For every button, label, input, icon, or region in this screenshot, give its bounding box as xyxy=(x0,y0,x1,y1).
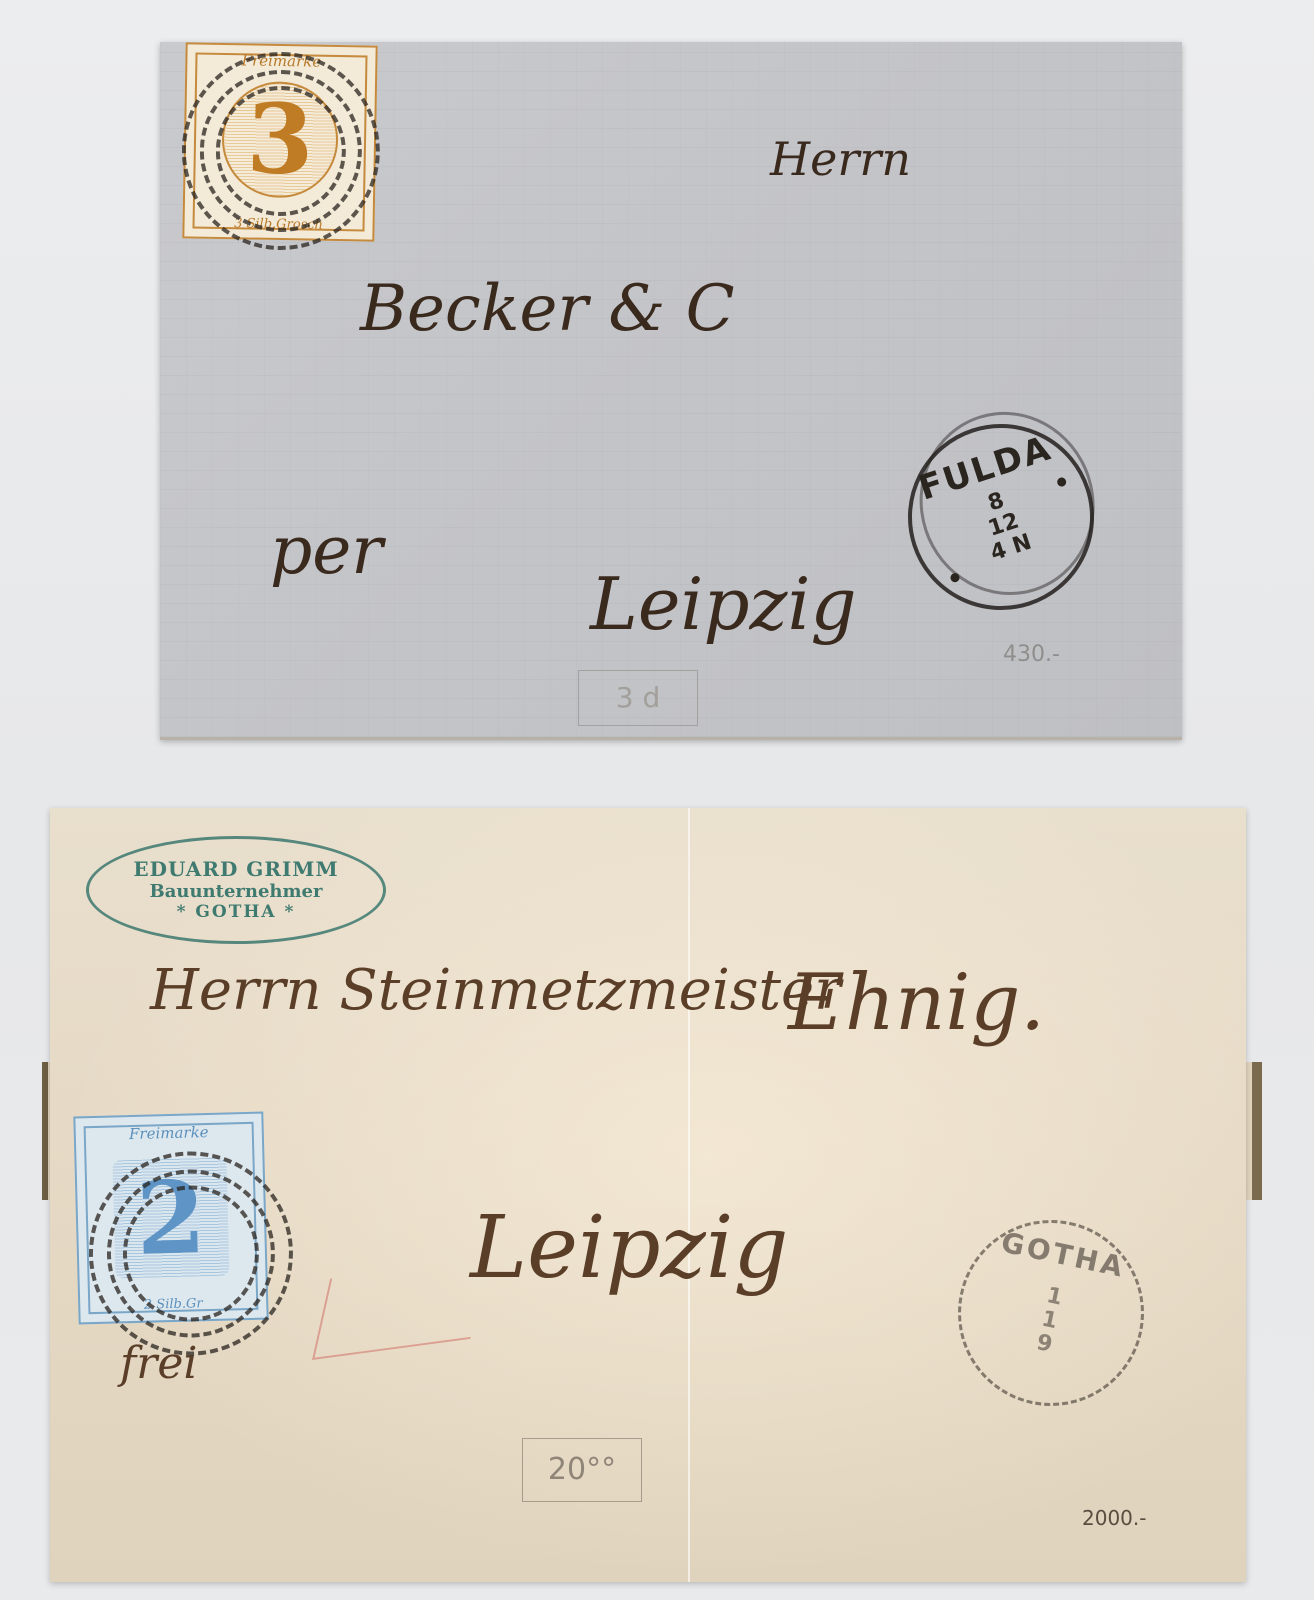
postmark-fulda: FULDA 8 12 4 N xyxy=(884,400,1118,634)
pencil-price: 2000.- xyxy=(1082,1506,1146,1530)
address-name: Ehnig. xyxy=(788,958,1045,1048)
handstamp-name: EDUARD GRIMM xyxy=(89,857,383,881)
pencil-reference-box: 20°° xyxy=(522,1438,642,1502)
address-firm: Becker & C xyxy=(360,272,735,346)
paper-fold-line xyxy=(688,808,690,1582)
handstamp-town: * GOTHA * xyxy=(89,902,383,922)
pencil-price: 430.- xyxy=(1003,642,1060,667)
stamp-3-silbergroschen: Freimarke 3 3 Silb.Grosch xyxy=(182,42,377,241)
address-title: Herrn Steinmetzmeister xyxy=(150,958,841,1023)
pencil-reference-box: 3 d xyxy=(578,670,698,726)
postmark-gotha: GOTHA 1 1 9 xyxy=(941,1203,1162,1424)
address-salutation: Herrn xyxy=(770,132,911,186)
address-city: Leipzig xyxy=(470,1198,788,1298)
letter-cover-gotha: EDUARD GRIMM Bauunternehmer * GOTHA * He… xyxy=(50,808,1246,1582)
handstamp-trade: Bauunternehmer xyxy=(89,881,383,902)
sender-handstamp: EDUARD GRIMM Bauunternehmer * GOTHA * xyxy=(86,836,386,944)
address-per: per xyxy=(270,512,383,589)
letter-cover-fulda: Freimarke 3 3 Silb.Grosch Herrn Becker &… xyxy=(160,42,1182,740)
red-crayon-mark xyxy=(312,1258,488,1360)
address-city: Leipzig xyxy=(590,562,857,646)
stamp-2-silbergroschen: Freimarke 2 2 Silb.Gr xyxy=(73,1112,268,1325)
